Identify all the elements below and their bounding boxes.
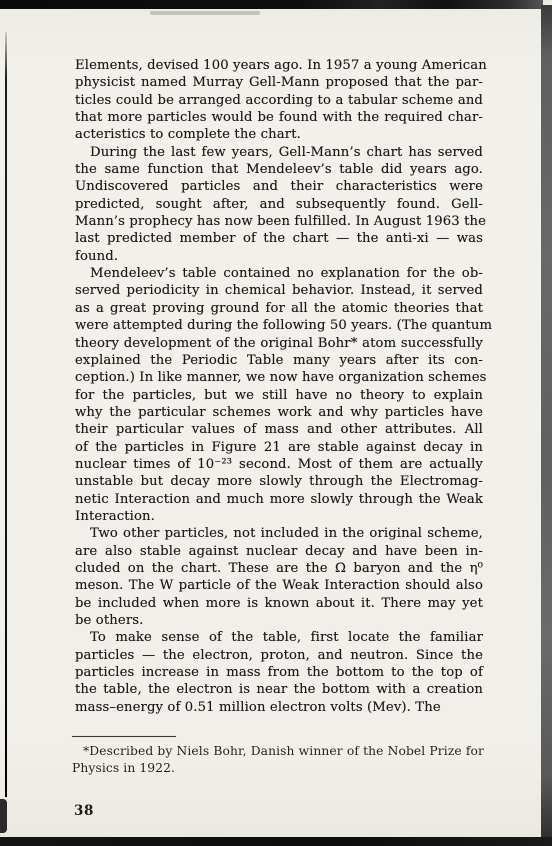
body-text: Elements, devised 100 years ago. In 1957… bbox=[75, 57, 483, 716]
text-line: ticles could be arranged according to a … bbox=[75, 92, 483, 109]
text-line: During the last few years, Gell-Mann’s c… bbox=[75, 144, 483, 161]
text-line: physicist named Murray Gell-Mann propose… bbox=[75, 74, 483, 91]
text-line: theory development of the original Bohr*… bbox=[75, 335, 483, 352]
text-line: that more particles would be found with … bbox=[75, 109, 483, 126]
text-line: as a great proving ground for all the at… bbox=[75, 300, 483, 317]
scan-edge-top bbox=[0, 0, 543, 9]
text-line: be included when more is known about it.… bbox=[75, 595, 483, 612]
footnote: *Described by Niels Bohr, Danish winner … bbox=[72, 736, 484, 777]
text-line: Elements, devised 100 years ago. In 1957… bbox=[75, 57, 483, 74]
text-line: their particular values of mass and othe… bbox=[75, 421, 483, 438]
scan-edge-bottom bbox=[0, 837, 552, 846]
text-line: mass–energy of 0.51 million electron vol… bbox=[75, 699, 483, 716]
text-line: particles — the electron, proton, and ne… bbox=[75, 647, 483, 664]
footnote-text: *Described by Niels Bohr, Danish winner … bbox=[72, 743, 484, 777]
text-line: ception.) In like manner, we now have or… bbox=[75, 369, 483, 386]
text-line: served periodicity in chemical behavior.… bbox=[75, 282, 483, 299]
text-line: unstable but decay more slowly through t… bbox=[75, 473, 483, 490]
text-line: be others. bbox=[75, 612, 483, 629]
text-line: netic Interaction and much more slowly t… bbox=[75, 491, 483, 508]
scan-edge-right bbox=[541, 5, 552, 846]
footnote-divider bbox=[72, 736, 176, 737]
scan-gutter-line bbox=[5, 32, 7, 797]
page-number: 38 bbox=[74, 803, 94, 819]
text-line: are also stable against nuclear decay an… bbox=[75, 543, 483, 560]
text-line: nuclear times of 10⁻²³ second. Most of t… bbox=[75, 456, 483, 473]
text-line: particles increase in mass from the bott… bbox=[75, 664, 483, 681]
text-line: of the particles in Figure 21 are stable… bbox=[75, 439, 483, 456]
text-line: predicted, sought after, and subsequentl… bbox=[75, 196, 483, 213]
text-line: To make sense of the table, first locate… bbox=[75, 629, 483, 646]
text-line: acteristics to complete the chart. bbox=[75, 126, 483, 143]
text-line: cluded on the chart. These are the Ω bar… bbox=[75, 560, 483, 577]
text-line: for the particles, but we still have no … bbox=[75, 387, 483, 404]
footnote-line: Physics in 1922. bbox=[72, 760, 484, 777]
text-line: last predicted member of the chart — the… bbox=[75, 230, 483, 247]
text-line: Undiscovered particles and their charact… bbox=[75, 178, 483, 195]
text-line: were attempted during the following 50 y… bbox=[75, 317, 483, 334]
text-line: the same function that Mendeleev’s table… bbox=[75, 161, 483, 178]
text-line: why the particular schemes work and why … bbox=[75, 404, 483, 421]
text-line: Mann’s prophecy has now been fulfilled. … bbox=[75, 213, 483, 230]
text-line: Two other particles, not included in the… bbox=[75, 525, 483, 542]
text-line: Interaction. bbox=[75, 508, 483, 525]
text-line: the table, the electron is near the bott… bbox=[75, 681, 483, 698]
text-line: meson. The W particle of the Weak Intera… bbox=[75, 577, 483, 594]
text-line: Mendeleev’s table contained no explanati… bbox=[75, 265, 483, 282]
scan-smudge-bottom bbox=[0, 799, 7, 833]
book-page: Elements, devised 100 years ago. In 1957… bbox=[0, 0, 552, 846]
text-line: found. bbox=[75, 248, 483, 265]
text-line: explained the Periodic Table many years … bbox=[75, 352, 483, 369]
footnote-line: *Described by Niels Bohr, Danish winner … bbox=[72, 743, 484, 760]
scan-smudge bbox=[150, 11, 260, 15]
